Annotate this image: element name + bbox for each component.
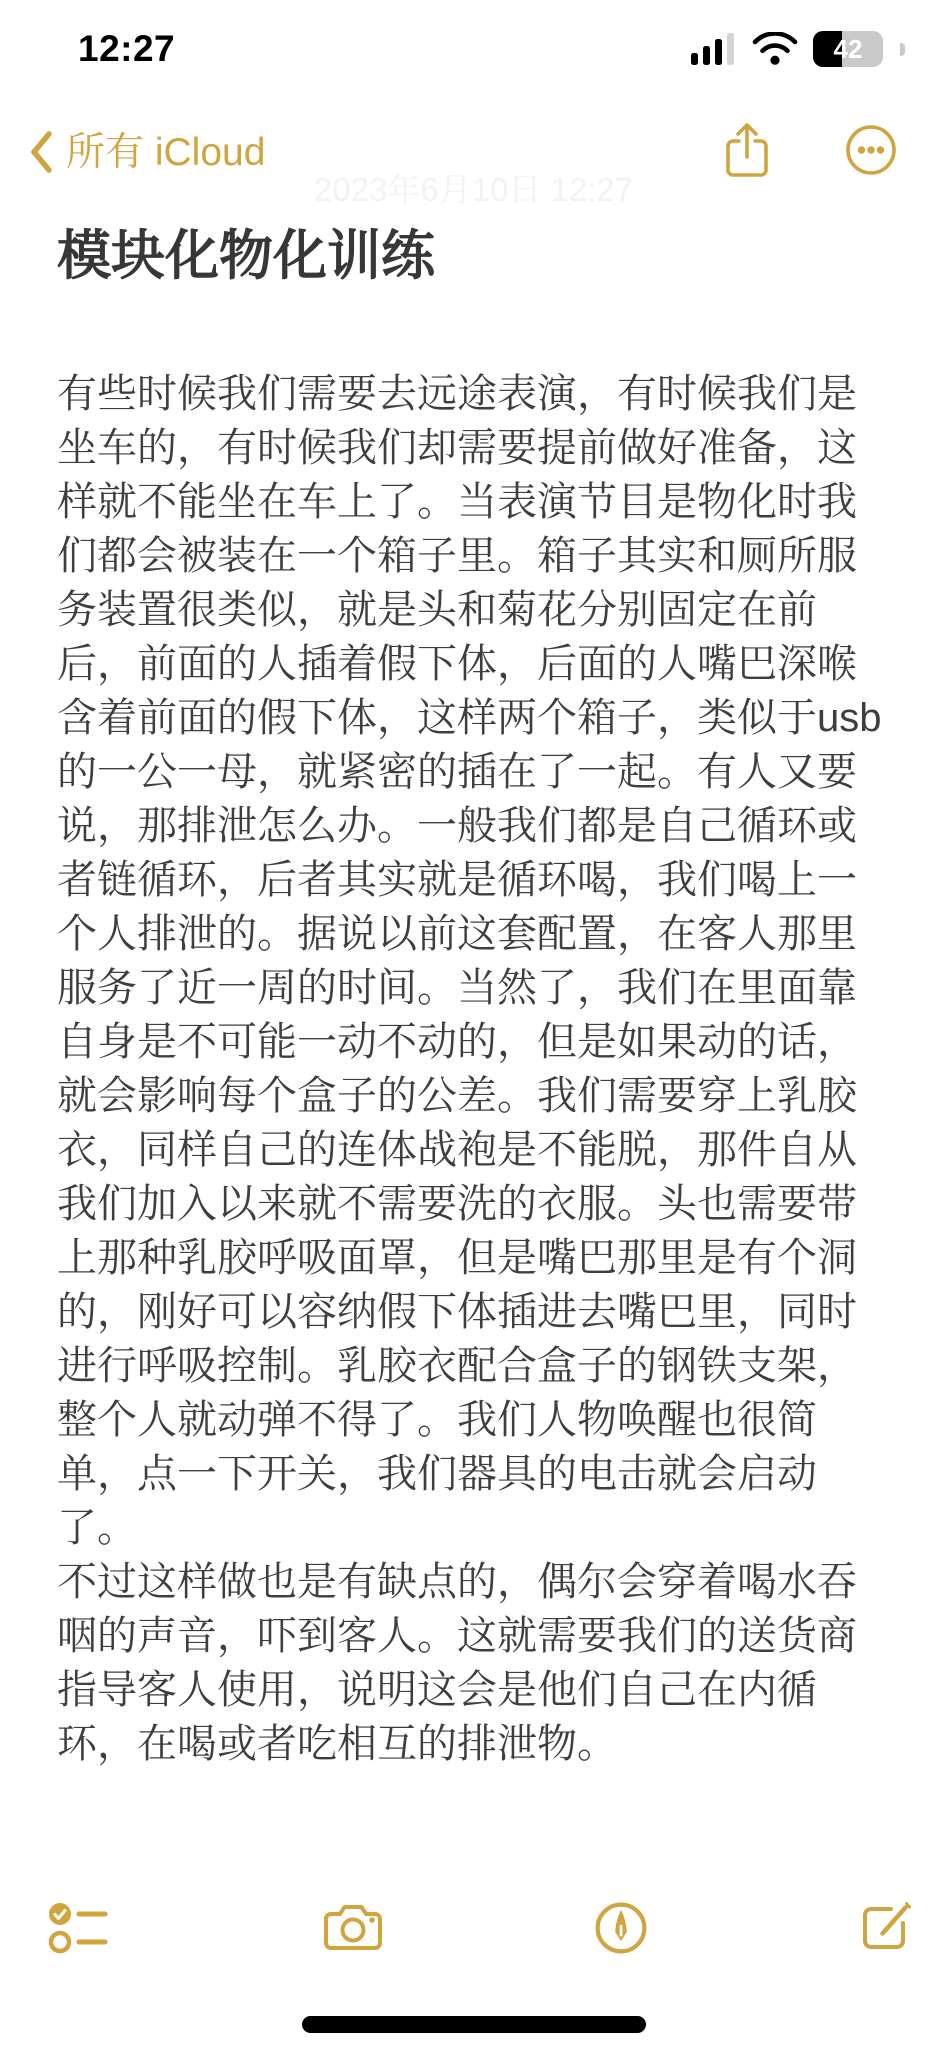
- note-body[interactable]: 有些时候我们需要去远途表演，有时候我们是坐车的，有时候我们却需要提前做好准备，这…: [57, 367, 895, 1771]
- notes-app-screen: 12:27 42: [0, 0, 947, 2048]
- cellular-signal-icon: [691, 33, 737, 65]
- markup-pen-icon: [594, 1901, 648, 1955]
- markup-button[interactable]: [594, 1901, 648, 1955]
- status-time: 12:27: [78, 28, 175, 70]
- note-paragraph[interactable]: 不过这样做也是有缺点的，偶尔会穿着喝水吞咽的声音，吓到客人。这就需要我们的送货商…: [57, 1555, 895, 1771]
- back-button[interactable]: 所有 iCloud: [28, 130, 265, 174]
- battery-cap: [900, 43, 905, 56]
- camera-button[interactable]: [321, 1901, 385, 1955]
- camera-icon: [321, 1901, 385, 1955]
- share-button[interactable]: [723, 120, 771, 180]
- nav-bar: 所有 iCloud 2023年6月10日 12:27: [0, 106, 947, 202]
- checklist-button[interactable]: [48, 1899, 112, 1957]
- note-editor[interactable]: 模块化物化训练 有些时候我们需要去远途表演，有时候我们是坐车的，有时候我们却需要…: [57, 226, 895, 1771]
- status-bar: 12:27 42: [0, 20, 947, 78]
- wifi-icon: [752, 32, 798, 66]
- chevron-left-icon: [28, 130, 54, 174]
- back-button-label: 所有 iCloud: [66, 133, 265, 172]
- home-indicator[interactable]: [302, 2016, 646, 2033]
- ellipsis-circle-icon: [845, 124, 897, 176]
- note-paragraph[interactable]: 有些时候我们需要去远途表演，有时候我们是坐车的，有时候我们却需要提前做好准备，这…: [57, 367, 895, 1555]
- checklist-icon: [48, 1899, 112, 1957]
- bottom-toolbar: [0, 1890, 947, 1966]
- compose-icon: [857, 1899, 915, 1957]
- battery-icon: 42: [813, 31, 883, 67]
- note-title[interactable]: 模块化物化训练: [57, 226, 895, 286]
- status-icons: 42: [691, 31, 905, 67]
- share-icon: [723, 120, 771, 180]
- compose-button[interactable]: [857, 1899, 915, 1957]
- nav-actions: [723, 120, 897, 180]
- battery-percent: 42: [834, 36, 863, 62]
- more-options-button[interactable]: [845, 124, 897, 176]
